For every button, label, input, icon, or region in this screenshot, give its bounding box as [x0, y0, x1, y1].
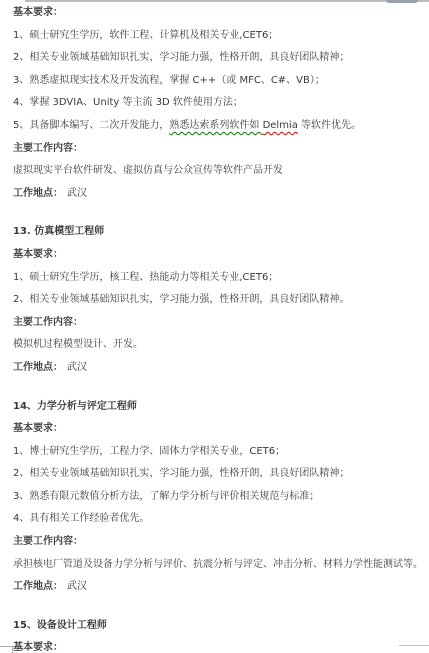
- section-heading: 13. 仿真模型工程师: [13, 221, 423, 244]
- field-label: 基本要求：: [13, 244, 423, 267]
- field-label: 基本要求：: [13, 637, 423, 653]
- field-label: 主要工作内容：: [13, 312, 423, 335]
- grammar-flagged-text: 熟悉达索系列软件如: [169, 120, 262, 131]
- location-label: 工作地点：: [13, 581, 63, 592]
- field-label: 主要工作内容：: [13, 138, 423, 161]
- location-label: 工作地点：: [13, 188, 63, 199]
- requirement-item: 3、熟悉虚拟现实技术及开发流程，掌握 C++（或 MFC、C#、VB）；: [13, 70, 423, 93]
- location-line: 工作地点：武汉: [13, 183, 423, 206]
- requirement-item: 4、具有相关工作经验者优先。: [13, 508, 423, 531]
- field-label: 主要工作内容：: [13, 531, 423, 554]
- requirement-item: 2、相关专业领域基础知识扎实，学习能力强，性格开朗，具良好团队精神；: [13, 463, 423, 486]
- section-heading: 14、力学分析与评定工程师: [13, 396, 423, 419]
- location-label: 工作地点：: [13, 362, 63, 373]
- page-corner-mark-bottom-left-v: [12, 646, 13, 653]
- body-text: 模拟机过程模型设计、开发。: [13, 334, 423, 357]
- location-line: 工作地点：武汉: [13, 357, 423, 380]
- body-text: 承担核电厂管道及设备力学分析与评价、抗震分析与评定、冲击分析、材料力学性能测试等…: [13, 554, 423, 577]
- body-text: 5、具备脚本编写、二次开发能力，: [13, 120, 169, 131]
- requirement-item: 1、硕士研究生学历，软件工程、计算机及相关专业,CET6；: [13, 25, 423, 48]
- requirement-item: 3、熟悉有限元数值分析方法，了解力学分析与评价相关规范与标准；: [13, 486, 423, 509]
- location-line: 工作地点：武汉: [13, 576, 423, 599]
- requirement-item: 4、掌握 3DVIA、Unity 等主流 3D 软件使用方法；: [13, 92, 423, 115]
- requirement-item: 1、硕士研究生学历，核工程、热能动力等相关专业,CET6；: [13, 267, 423, 290]
- field-label: 基本要求：: [13, 418, 423, 441]
- body-text: 虚拟现实平台软件研发、虚拟仿真与公众宣传等软件产品开发: [13, 160, 423, 183]
- location-value: 武汉: [63, 581, 87, 592]
- requirement-item: 5、具备脚本编写、二次开发能力，熟悉达索系列软件如 Delmia 等软件优先。: [13, 115, 423, 138]
- requirement-item: 2、相关专业领域基础知识扎实，学习能力强，性格开朗，具良好团队精神。: [13, 289, 423, 312]
- body-text: 等软件优先。: [298, 120, 361, 131]
- page-corner-mark-bottom-right: [399, 645, 429, 646]
- spellcheck-flagged-text: Delmia: [263, 120, 298, 131]
- document-page: 基本要求：1、硕士研究生学历，软件工程、计算机及相关专业,CET6；2、相关专业…: [13, 2, 423, 653]
- field-label: 基本要求：: [13, 2, 423, 25]
- section-heading: 15、设备设计工程师: [13, 615, 423, 638]
- requirement-item: 1、博士研究生学历，工程力学、固体力学相关专业，CET6；: [13, 441, 423, 464]
- requirement-item: 2、相关专业领域基础知识扎实，学习能力强，性格开朗，具良好团队精神；: [13, 47, 423, 70]
- location-value: 武汉: [63, 362, 87, 373]
- location-value: 武汉: [63, 188, 87, 199]
